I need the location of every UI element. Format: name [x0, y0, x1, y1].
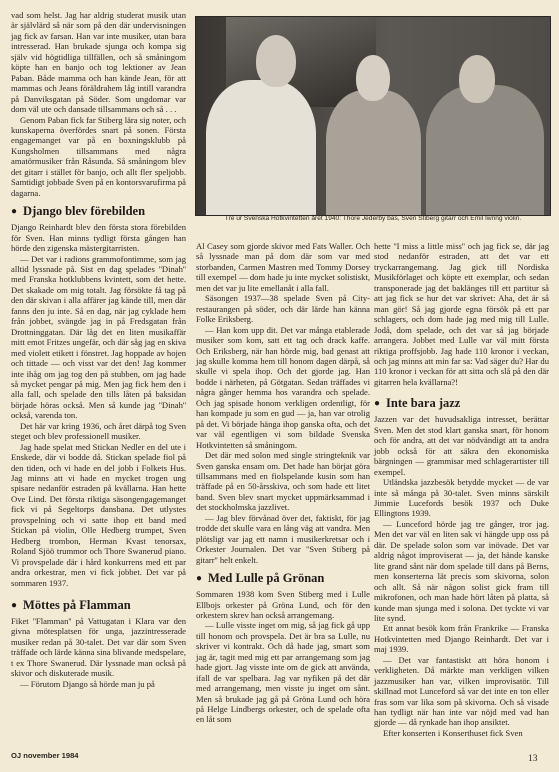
paragraph: Jag hade spelat med Stickan Nedler en de… — [11, 442, 186, 588]
photo-person-right — [421, 17, 546, 215]
section-heading: ●Möttes på Flamman — [11, 598, 186, 614]
paragraph: Genom Paban fick far Stiberg lära sig no… — [11, 115, 186, 199]
photo-caption: Tre ur Svenska Hotkvintetten året 1940: … — [195, 215, 551, 223]
paragraph: Jazzen var det huvudsakliga intresset, b… — [374, 414, 549, 477]
magazine-issue-label: OJ november 1984 — [11, 751, 79, 760]
article-column-1: vad som helst. Jag har aldrig studerat m… — [11, 10, 186, 689]
bullet-icon: ● — [11, 600, 17, 611]
paragraph: Al Casey som gjorde skivor med Fats Wall… — [196, 241, 370, 293]
paragraph: Sommaren 1938 kom Sven Stiberg med i Lul… — [196, 589, 370, 620]
photo-person-middle — [321, 17, 421, 215]
paragraph: Det där med solon med single stringtekni… — [196, 450, 370, 513]
paragraph: hette ''I miss a little miss'' och jag f… — [374, 241, 549, 387]
section-heading: ●Django blev förebilden — [11, 204, 186, 220]
article-column-3: hette ''I miss a little miss'' och jag f… — [374, 241, 549, 738]
bullet-icon: ● — [374, 398, 380, 409]
paragraph: — Jag blev förvånad över det, faktiskt, … — [196, 513, 370, 565]
bullet-icon: ● — [11, 206, 17, 217]
bullet-icon: ● — [196, 573, 202, 584]
paragraph: — Han kom upp dit. Det var många etabler… — [196, 325, 370, 450]
paragraph: Utländska jazzbesök betydde mycket — de … — [374, 477, 549, 519]
section-heading: ●Med Lulle på Grönan — [196, 571, 370, 587]
photo-three-musicians — [195, 16, 551, 216]
paragraph: Säsongen 1937—38 spelade Sven på City-re… — [196, 293, 370, 324]
photo-person-left — [201, 17, 316, 215]
paragraph: Fiket ''Flamman'' på Vattugatan i Klara … — [11, 616, 186, 679]
page-number: 13 — [528, 754, 538, 764]
paragraph: Django Reinhardt blev den första stora f… — [11, 222, 186, 253]
paragraph: — Lulle visste inget om mig, så jag fick… — [196, 620, 370, 725]
paragraph: — Förutom Django så hörde man ju på — [11, 679, 186, 689]
paragraph: — Lunceford hörde jag tre gånger, tror j… — [374, 519, 549, 624]
article-column-2: Al Casey som gjorde skivor med Fats Wall… — [196, 241, 370, 725]
paragraph: Ett annat besök kom från Frankrike — Fra… — [374, 623, 549, 654]
section-heading: ●Inte bara jazz — [374, 396, 549, 412]
paragraph: — Det var i radions grammofontimme, som … — [11, 254, 186, 421]
paragraph: — Det var fantastiskt att höra honom i v… — [374, 655, 549, 728]
paragraph: Efter konserten i Konserthuset fick Sven — [374, 728, 549, 738]
paragraph: vad som helst. Jag har aldrig studerat m… — [11, 10, 186, 115]
paragraph: Det här var kring 1936, och året därpå t… — [11, 421, 186, 442]
